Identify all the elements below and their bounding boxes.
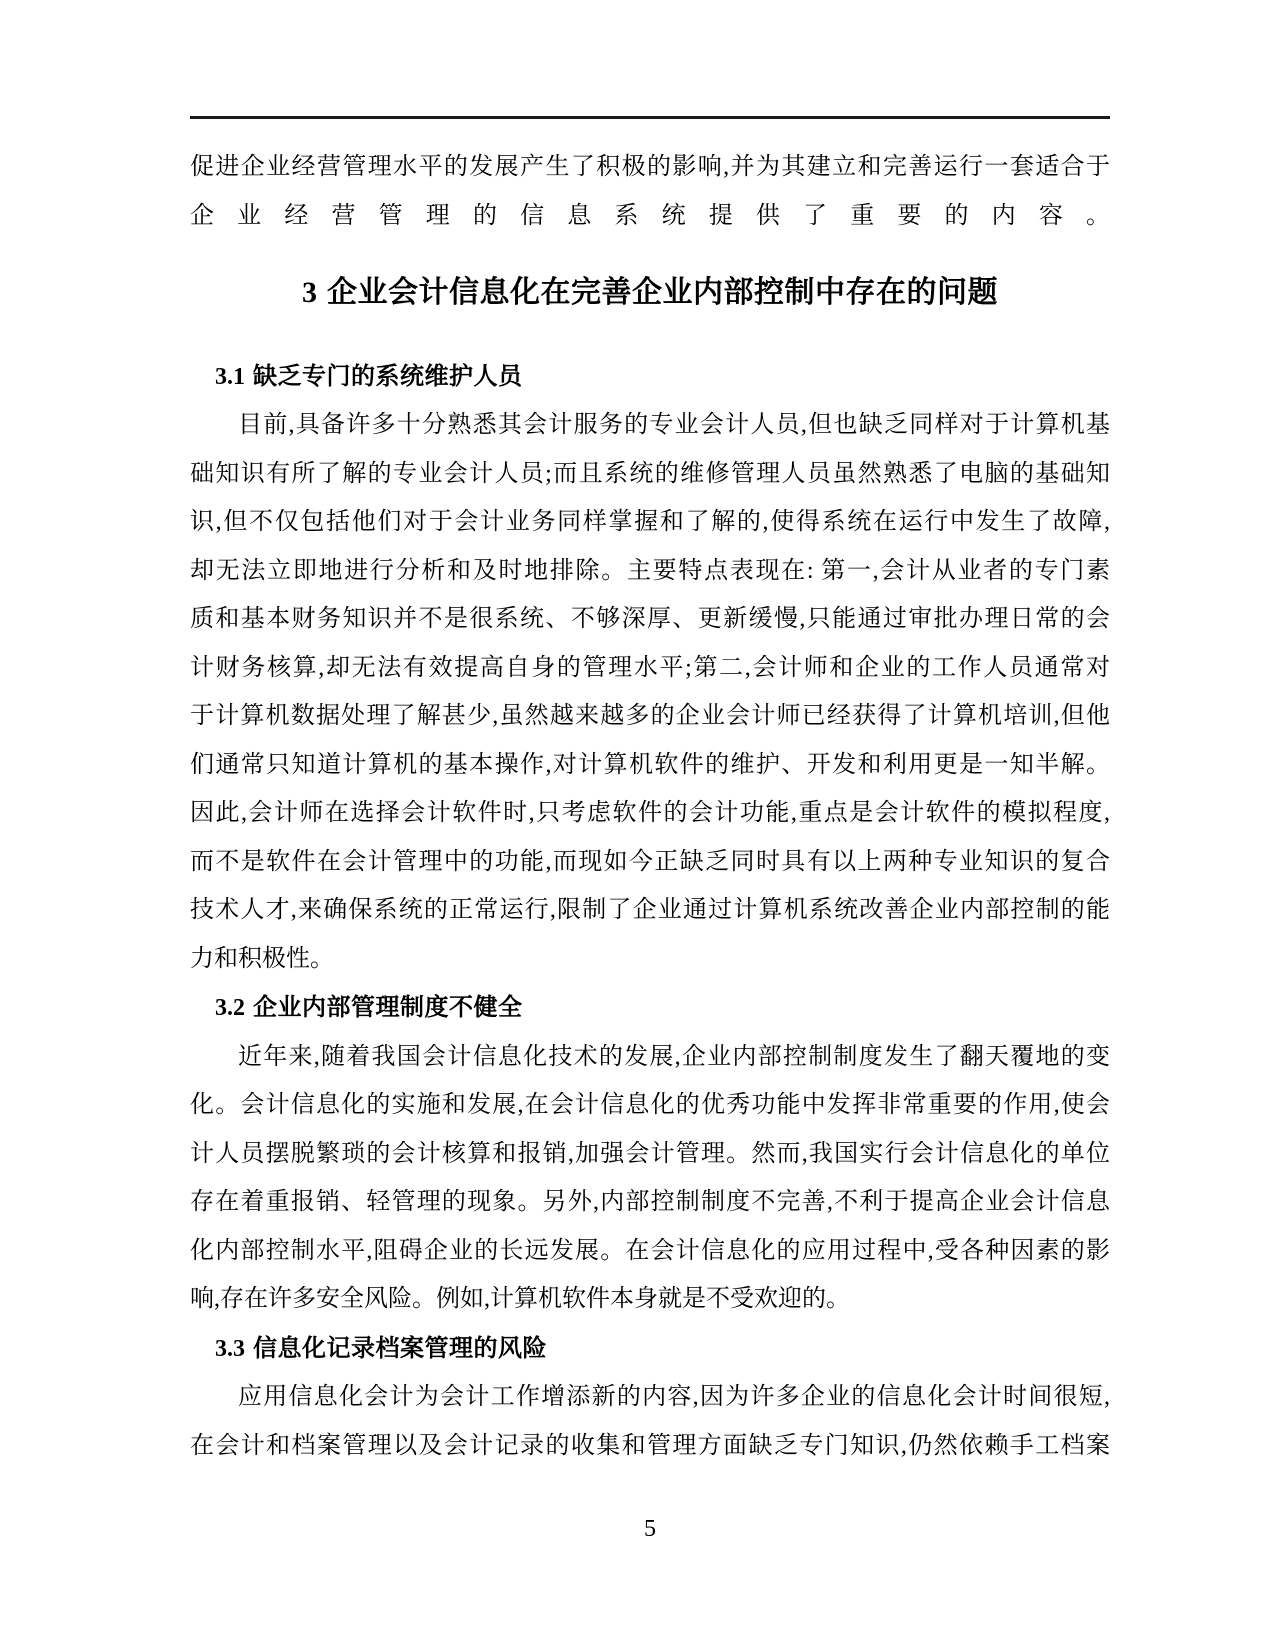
chapter-heading: 3企业会计信息化在完善企业内部控制中存在的问题 xyxy=(190,269,1110,318)
chapter-title: 企业会计信息化在完善企业内部控制中存在的问题 xyxy=(327,275,998,310)
section-title: 企业内部管理制度不健全 xyxy=(253,993,523,1021)
text-line: 响,存在许多安全风险。例如,计算机软件本身就是不受欢迎的。 xyxy=(190,1275,1110,1324)
text-line: 于计算机数据处理了解甚少,虽然越来越多的企业会计师已经获得了计算机培训,但他 xyxy=(190,692,1110,741)
text-line: 化内部控制水平,阻碍企业的长远发展。在会计信息化的应用过程中,受各种因素的影 xyxy=(190,1227,1110,1276)
text-line: 近年来,随着我国会计信息化技术的发展,企业内部控制制度发生了翻天覆地的变 xyxy=(190,1033,1110,1082)
text-line: 应用信息化会计为会计工作增添新的内容,因为许多企业的信息化会计时间很短, xyxy=(190,1373,1110,1422)
text-line: 们通常只知道计算机的基本操作,对计算机软件的维护、开发和利用更是一知半解。 xyxy=(190,741,1110,790)
text-line: 技术人才,来确保系统的正常运行,限制了企业通过计算机系统改善企业内部控制的能 xyxy=(190,886,1110,935)
section-number: 3.2 xyxy=(215,995,245,1021)
paragraph: 目前,具备许多十分熟悉其会计服务的专业会计人员,但也缺乏同样对于计算机基础知识有… xyxy=(190,401,1110,983)
text-line: 计财务核算,却无法有效提高自身的管理水平;第二,会计师和企业的工作人员通常对 xyxy=(190,644,1110,693)
text-line: 因此,会计师在选择会计软件时,只考虑软件的会计功能,重点是会计软件的模拟程度, xyxy=(190,789,1110,838)
text-line: 化。会计信息化的实施和发展,在会计信息化的优秀功能中发挥非常重要的作用,使会 xyxy=(190,1081,1110,1130)
section-title: 缺乏专门的系统维护人员 xyxy=(253,362,523,390)
text-line: 促进企业经营管理水平的发展产生了积极的影响,并为其建立和完善运行一套适合于 xyxy=(190,143,1110,192)
text-line: 存在着重报销、轻管理的现象。另外,内部控制制度不完善,不利于提高企业会计信息 xyxy=(190,1178,1110,1227)
section-title: 信息化记录档案管理的风险 xyxy=(253,1334,547,1362)
text-line: 质和基本财务知识并不是很系统、不够深厚、更新缓慢,只能通过审批办理日常的会 xyxy=(190,595,1110,644)
section-number: 3.3 xyxy=(215,1336,245,1362)
header-rule xyxy=(190,116,1110,119)
section-3-1: 3.1缺乏专门的系统维护人员 目前,具备许多十分熟悉其会计服务的专业会计人员,但… xyxy=(190,352,1110,984)
text-line: 力和积极性。 xyxy=(190,935,1110,984)
section-heading: 3.3信息化记录档案管理的风险 xyxy=(190,1324,1110,1374)
chapter-number: 3 xyxy=(302,276,317,309)
document-page: 促进企业经营管理水平的发展产生了积极的影响,并为其建立和完善运行一套适合于企业经… xyxy=(0,0,1275,1650)
paragraph: 近年来,随着我国会计信息化技术的发展,企业内部控制制度发生了翻天覆地的变化。会计… xyxy=(190,1033,1110,1324)
text-line: 企业经营管理的信息系统提供了重要的内容。 xyxy=(190,192,1110,241)
section-3-2: 3.2企业内部管理制度不健全 近年来,随着我国会计信息化技术的发展,企业内部控制… xyxy=(190,983,1110,1324)
section-number: 3.1 xyxy=(215,364,245,390)
paragraph: 应用信息化会计为会计工作增添新的内容,因为许多企业的信息化会计时间很短,在会计和… xyxy=(190,1373,1110,1470)
intro-paragraph: 促进企业经营管理水平的发展产生了积极的影响,并为其建立和完善运行一套适合于企业经… xyxy=(190,143,1110,240)
page-number: 5 xyxy=(190,1514,1110,1544)
section-3-3: 3.3信息化记录档案管理的风险 应用信息化会计为会计工作增添新的内容,因为许多企… xyxy=(190,1324,1110,1471)
text-line: 础知识有所了解的专业会计人员;而且系统的维修管理人员虽然熟悉了电脑的基础知 xyxy=(190,450,1110,499)
text-line: 目前,具备许多十分熟悉其会计服务的专业会计人员,但也缺乏同样对于计算机基 xyxy=(190,401,1110,450)
text-line: 在会计和档案管理以及会计记录的收集和管理方面缺乏专门知识,仍然依赖手工档案 xyxy=(190,1422,1110,1471)
page-content: 促进企业经营管理水平的发展产生了积极的影响,并为其建立和完善运行一套适合于企业经… xyxy=(190,143,1110,1470)
text-line: 而不是软件在会计管理中的功能,而现如今正缺乏同时具有以上两种专业知识的复合 xyxy=(190,838,1110,887)
text-line: 却无法立即地进行分析和及时地排除。主要特点表现在: 第一,会计从业者的专门素 xyxy=(190,547,1110,596)
section-heading: 3.1缺乏专门的系统维护人员 xyxy=(190,352,1110,402)
text-line: 识,但不仅包括他们对于会计业务同样掌握和了解的,使得系统在运行中发生了故障, xyxy=(190,498,1110,547)
section-heading: 3.2企业内部管理制度不健全 xyxy=(190,983,1110,1033)
text-line: 计人员摆脱繁琐的会计核算和报销,加强会计管理。然而,我国实行会计信息化的单位 xyxy=(190,1130,1110,1179)
